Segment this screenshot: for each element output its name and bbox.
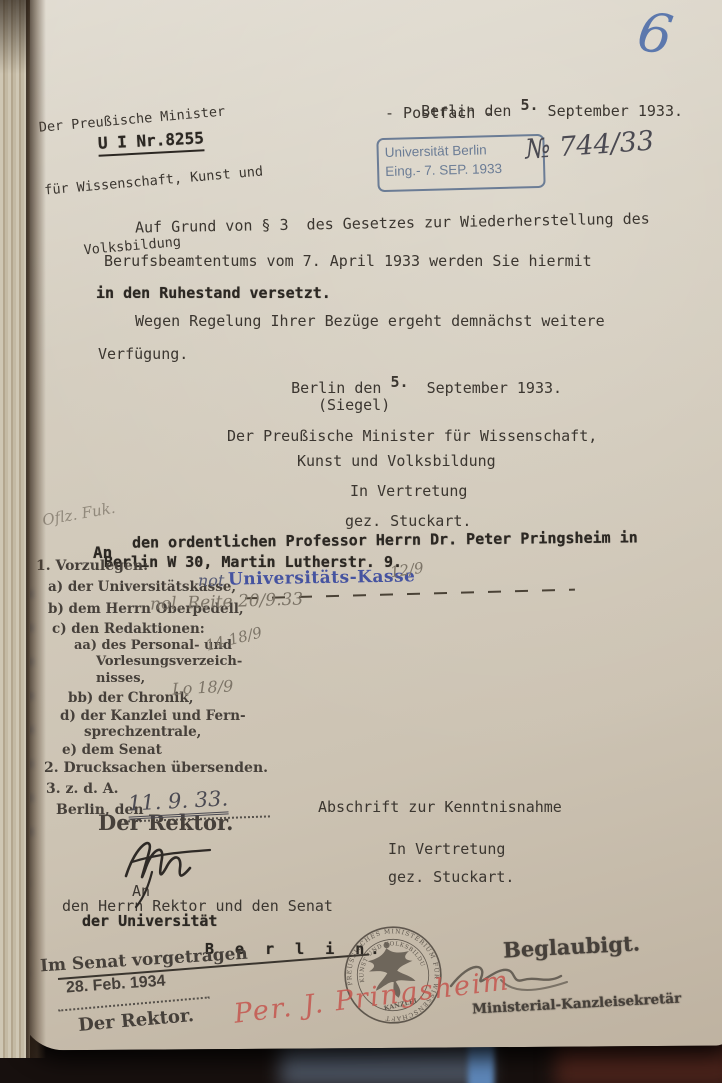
body-date-rest: September 1933.: [409, 379, 563, 397]
margin-item-zda: 3. z. d. A.: [46, 781, 118, 797]
received-stamp-line2: Eing.- 7. SEP. 1933: [385, 158, 537, 181]
minister-line1: Der Preußische Minister für Wissenschaft…: [227, 427, 597, 445]
received-stamp: Universität Berlin Eing.- 7. SEP. 1933: [376, 134, 545, 192]
handwritten-date: 11. 9. 33.: [127, 786, 229, 819]
margin-item-redaktionen: c) den Redaktionen:: [52, 621, 205, 637]
margin-item-sprechzentrale: sprechzentrale,: [84, 724, 201, 740]
body-p1-line3: in den Ruhestand versetzt.: [96, 284, 331, 302]
abschrift-title: Abschrift zur Kenntnisnahme: [318, 798, 562, 816]
body-date-prefix: Berlin den: [291, 379, 390, 397]
margin-item-drucksachen: 2. Drucksachen übersenden.: [44, 760, 268, 776]
margin-item-kanzlei: d) der Kanzlei und Fern-: [60, 708, 246, 724]
margin-item-verzeichnis: Vorlesungsverzeich-: [96, 654, 242, 669]
abschrift-in-vertretung: In Vertretung: [388, 840, 505, 858]
siegel: (Siegel): [318, 396, 390, 414]
body-p1-line2: Berufsbeamtentums vom 7. April 1933 werd…: [104, 252, 592, 270]
sender-line2: für Wissenschaft, Kunst und: [44, 161, 264, 201]
body-p2-line2: Verfügung.: [98, 345, 188, 363]
margin-item-vorzulegen: 1. Vorzulegen:: [36, 558, 148, 574]
minister-line2: Kunst und Volksbildung: [297, 452, 496, 470]
forward-line2: der Universität: [82, 912, 217, 930]
postfach-line: - Postfach -: [385, 104, 493, 122]
document-photo: Der Preußische Minister für Wissenschaft…: [0, 0, 722, 1083]
margin-item-senat: e) dem Senat: [62, 742, 162, 758]
date-day: 5.: [520, 96, 538, 114]
in-vertretung: In Vertretung: [350, 482, 467, 500]
kasse-stamp: Universitäts-Kasse: [228, 566, 416, 589]
margin-item-nisses: nisses,: [96, 671, 145, 686]
binding-crease: [26, 0, 46, 1058]
abschrift-signed: gez. Stuckart.: [388, 868, 514, 886]
date-rest: September 1933.: [539, 102, 684, 120]
rektor-signature: [112, 828, 242, 908]
kasse-note-pre: not: [198, 571, 224, 590]
body-date-line: Berlin den 5. September 1933.: [255, 361, 562, 415]
body-p2-line1: Wegen Regelung Ihrer Bezüge ergeht demnä…: [135, 312, 605, 330]
signed-stuckart: gez. Stuckart.: [345, 512, 471, 530]
body-date-day: 5.: [390, 373, 408, 391]
chronik-note: Lo 18/9: [172, 676, 234, 698]
